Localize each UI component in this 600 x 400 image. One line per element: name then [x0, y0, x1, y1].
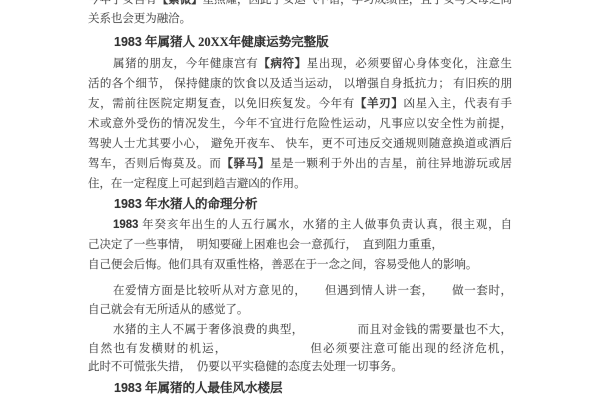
heading-text: 年水猪人的命理分析: [142, 197, 258, 211]
text-line: 1983 年癸亥年出生的人五行属水，水猪的主人做事负责认真，很主观，自: [88, 215, 512, 235]
text-line: 在爱情方面是比较听从对方意见的， 但遇到情人讲一套， 做一套时，: [88, 282, 512, 301]
text-line: 驾驶人士尤其要小心， 避免开夜车、 快车，更不可违反交通规则随意换道或酒后: [88, 134, 512, 154]
heading-health-fortune: 1983 年属猪人 20XX年健康运势完整版: [88, 35, 512, 49]
text-line: 属猪的朋友，今年健康宫有【病符】星出现，必须要留心身体变化，注意生: [88, 54, 512, 74]
text-line: 住，在一定程度上可起到趋吉避凶的作用。: [88, 174, 512, 194]
line-text: 凶星入主，代表有手: [403, 98, 512, 110]
line-text: 年癸亥年出生的人五行属水，水猪的主人做事负责认真，很主观，自: [138, 219, 512, 231]
line-text: 驾车，否则后悔莫及。而: [88, 158, 221, 170]
year-number: 1983: [114, 381, 142, 395]
year-number: 1983: [114, 35, 142, 49]
line-text: 星是一颗利于外出的吉星，前往异地游玩或居: [270, 158, 512, 170]
text-line: 自然也有发横财的机运， 但必须要注意可能出现的经济危机，: [88, 340, 512, 359]
text-line: 关系也会更为融洽。: [88, 10, 512, 29]
text-line: 活的各个细节， 保持健康的饮食以及适当运动， 以增强自身抵抗力； 有旧疾的朋: [88, 74, 512, 94]
year-number: 1983: [113, 219, 138, 231]
line-text: 今年子女宫有: [88, 0, 157, 6]
health-fortune-paragraph: 属猪的朋友，今年健康宫有【病符】星出现，必须要留心身体变化，注意生 活的各个细节…: [88, 54, 512, 194]
heading-fengshui-floor: 1983 年属猪的人最佳风水楼层: [88, 381, 512, 395]
line-text: 星出现，必须要留心身体变化，注意生: [307, 58, 512, 70]
text-line: 友，需前往医院定期复查，以免旧疾复发。今年有【羊刃】凶星入主，代表有手: [88, 94, 512, 114]
text-line: 自己便会后悔。他们具有双重性格，善恶在于一念之间，容易受他人的影响。: [88, 255, 512, 275]
line-text: 属猪的朋友，今年健康宫有: [113, 58, 258, 70]
line-text: 友，需前往医院定期复查，以免旧疾复发。今年有: [88, 98, 355, 110]
children-fortune-paragraph: 今年子女宫有【紫微】星照耀，因此子女运气不错，学习成绩佳，且子女与父母之间 关系…: [88, 0, 512, 29]
star-name: 【紫微】: [157, 0, 203, 6]
love-paragraph: 在爱情方面是比较听从对方意见的， 但遇到情人讲一套， 做一套时， 自己就会有无所…: [88, 282, 512, 320]
star-name: 【羊刃】: [355, 98, 404, 110]
heading-text: 年属猪的人最佳风水楼层: [142, 381, 283, 395]
wealth-paragraph: 水猪的主人不属于奢侈浪费的典型， 而且对金钱的需要量也不大， 自然也有发横财的机…: [88, 321, 512, 377]
text-line: 驾车，否则后悔莫及。而【驿马】星是一颗利于外出的吉星，前往异地游玩或居: [88, 154, 512, 174]
document-text: 今年子女宫有【紫微】星照耀，因此子女运气不错，学习成绩佳，且子女与父母之间 关系…: [0, 0, 600, 395]
year-number: 1983: [114, 197, 142, 211]
star-name: 【病符】: [258, 58, 306, 70]
text-line: 水猪的主人不属于奢侈浪费的典型， 而且对金钱的需要量也不大，: [88, 321, 512, 340]
text-line: 己决定了一些事情， 明知要碰上困难也会一意孤行， 直到阻力重重，: [88, 235, 512, 255]
text-line: 自己就会有无所适从的感觉了。: [88, 301, 512, 320]
heading-text: 年属猪人 20XX年健康运势完整版: [142, 35, 329, 49]
text-line: 术或意外受伤的情况发生，今年不宜进行危险性运动，凡事应以安全性为前提，: [88, 114, 512, 134]
heading-destiny-analysis: 1983 年水猪人的命理分析: [88, 197, 512, 211]
text-line: 此时不可慌张失措， 仍要以平实稳健的态度去处理一切事务。: [88, 358, 512, 377]
star-name: 【驿马】: [221, 158, 270, 170]
destiny-analysis-paragraph: 1983 年癸亥年出生的人五行属水，水猪的主人做事负责认真，很主观，自 己决定了…: [88, 215, 512, 275]
text-line: 今年子女宫有【紫微】星照耀，因此子女运气不错，学习成绩佳，且子女与父母之间: [88, 0, 512, 10]
document-page: 今年子女宫有【紫微】星照耀，因此子女运气不错，学习成绩佳，且子女与父母之间 关系…: [0, 0, 600, 400]
line-text: 星照耀，因此子女运气不错，学习成绩佳，且子女与父母之间: [203, 0, 512, 6]
